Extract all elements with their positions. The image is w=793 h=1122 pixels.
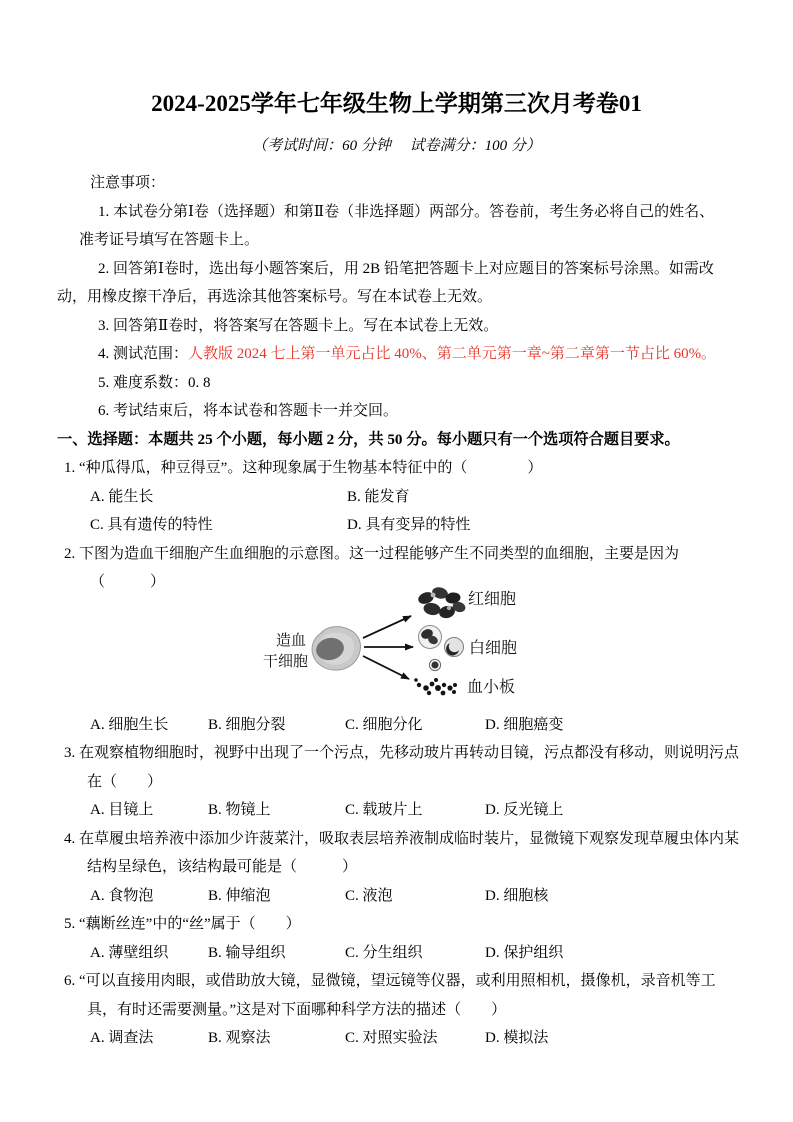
question-3-option-d: D. 反光镜上: [485, 796, 736, 825]
question-4-option-d: D. 细胞核: [485, 882, 736, 911]
question-5-option-b: B. 输导组织: [208, 939, 345, 968]
notice-item-2-line-1: 2. 回答第Ⅰ卷时，选出每小题答案后，用 2B 铅笔把答题卡上对应题目的答案标号…: [98, 255, 736, 284]
question-3: 3. 在观察植物细胞时，视野中出现了一个污点，先移动玻片再转动目镜，污点都没有移…: [57, 739, 736, 825]
question-3-options: A. 目镜上 B. 物镜上 C. 载玻片上 D. 反光镜上: [90, 796, 736, 825]
question-6-option-b: B. 观察法: [208, 1024, 345, 1053]
section-1-heading: 一、选择题：本题共 25 个小题，每小题 2 分，共 50 分。每小题只有一个选…: [57, 426, 736, 455]
notice-item-1-line-1: 1. 本试卷分第Ⅰ卷（选择题）和第Ⅱ卷（非选择题）两部分。答卷前，考生务必将自己…: [98, 198, 736, 227]
notice-item-5: 5. 难度系数：0. 8: [98, 369, 736, 398]
platelets-illustration: [414, 678, 457, 695]
question-4-stem-line-1: 4. 在草履虫培养液中添加少许菠菜汁，吸取表层培养液制成临时装片，显微镜下观察发…: [64, 825, 736, 854]
notice-section: 注意事项： 1. 本试卷分第Ⅰ卷（选择题）和第Ⅱ卷（非选择题）两部分。答卷前，考…: [57, 169, 736, 426]
exam-meta-line: （考试时间：60 分钟 试卷满分：100 分）: [57, 135, 736, 157]
notice-item-1-line-2: 准考证号填写在答题卡上。: [79, 226, 736, 255]
question-1-option-a: A. 能生长: [90, 483, 347, 512]
question-3-option-a: A. 目镜上: [90, 796, 208, 825]
question-6: 6. “可以直接用肉眼，或借助放大镜，显微镜，望远镜等仪器，或利用照相机，摄像机…: [57, 967, 736, 1053]
question-2-option-a: A. 细胞生长: [90, 711, 208, 740]
question-1-option-b: B. 能发育: [347, 483, 736, 512]
question-6-option-a: A. 调查法: [90, 1024, 208, 1053]
notice-heading: 注意事项：: [90, 169, 736, 198]
notice-item-2-line-2: 动，用橡皮擦干净后，再选涂其他答案标号。写在本试卷上无效。: [57, 283, 736, 312]
question-4-option-a: A. 食物泡: [90, 882, 208, 911]
stem-cell-label-line-1: 造血: [276, 632, 306, 649]
notice-item-4-test-scope: 人教版 2024 七上第一单元占比 40%、第二单元第一章~第二章第一节占比 6…: [188, 346, 716, 362]
question-2-stem-line-1: 2. 下图为造血干细胞产生血细胞的示意图。这一过程能够产生不同类型的血细胞，主要…: [64, 540, 736, 569]
page-title: 2024-2025学年七年级生物上学期第三次月考卷01: [57, 88, 736, 120]
platelets-label: 血小板: [467, 678, 515, 696]
question-5-stem: 5. “藕断丝连”中的“丝”属于（ ）: [64, 910, 736, 939]
question-2-option-c: C. 细胞分化: [345, 711, 485, 740]
question-4-option-c: C. 液泡: [345, 882, 485, 911]
question-6-option-c: C. 对照实验法: [345, 1024, 485, 1053]
blood-cell-diagram: 造血 干细胞: [263, 585, 533, 699]
question-1-stem: 1. “种瓜得瓜，种豆得豆”。这种现象属于生物基本特征中的（ ）: [64, 454, 736, 483]
question-5-options: A. 薄壁组织 B. 输导组织 C. 分生组织 D. 保护组织: [90, 939, 736, 968]
question-5-option-c: C. 分生组织: [345, 939, 485, 968]
question-2-option-b: B. 细胞分裂: [208, 711, 345, 740]
red-cells-label: 红细胞: [468, 590, 516, 608]
question-6-options: A. 调查法 B. 观察法 C. 对照实验法 D. 模拟法: [90, 1024, 736, 1053]
question-4-options: A. 食物泡 B. 伸缩泡 C. 液泡 D. 细胞核: [90, 882, 736, 911]
question-6-stem-line-2: 具，有时还需要测量。”这是对下面哪种科学方法的描述（ ）: [87, 996, 736, 1025]
question-2-option-d: D. 细胞癌变: [485, 711, 736, 740]
arrow-to-platelets-icon: [363, 656, 409, 679]
question-3-option-b: B. 物镜上: [208, 796, 345, 825]
notice-item-6: 6. 考试结束后，将本试卷和答题卡一并交回。: [98, 397, 736, 426]
question-1-option-c: C. 具有遗传的特性: [90, 511, 347, 540]
question-1-options: A. 能生长 B. 能发育 C. 具有遗传的特性 D. 具有变异的特性: [90, 483, 736, 540]
white-cells-label: 白细胞: [469, 639, 517, 657]
notice-item-3: 3. 回答第Ⅱ卷时，将答案写在答题卡上。写在本试卷上无效。: [98, 312, 736, 341]
question-3-stem-line-2: 在（ ）: [87, 768, 736, 797]
question-4: 4. 在草履虫培养液中添加少许菠菜汁，吸取表层培养液制成临时装片，显微镜下观察发…: [57, 825, 736, 911]
question-1-option-d: D. 具有变异的特性: [347, 511, 736, 540]
question-6-option-d: D. 模拟法: [485, 1024, 736, 1053]
arrow-to-red-cells-icon: [363, 616, 411, 638]
question-4-stem-line-2: 结构呈绿色，该结构最可能是（ ）: [87, 853, 736, 882]
question-3-stem-line-1: 3. 在观察植物细胞时，视野中出现了一个污点，先移动玻片再转动目镜，污点都没有移…: [64, 739, 736, 768]
red-blood-cells-illustration: [417, 585, 467, 619]
white-blood-cells-illustration: [419, 625, 464, 670]
question-2: 2. 下图为造血干细胞产生血细胞的示意图。这一过程能够产生不同类型的血细胞，主要…: [57, 540, 736, 740]
question-6-stem-line-1: 6. “可以直接用肉眼，或借助放大镜，显微镜，望远镜等仪器，或利用照相机，摄像机…: [64, 967, 736, 996]
question-5-option-d: D. 保护组织: [485, 939, 736, 968]
question-4-option-b: B. 伸缩泡: [208, 882, 345, 911]
differentiation-arrows: [363, 616, 413, 679]
exam-paper-page: 2024-2025学年七年级生物上学期第三次月考卷01 （考试时间：60 分钟 …: [0, 0, 793, 1122]
notice-item-4-prefix: 4. 测试范围：: [98, 346, 188, 362]
question-2-options: A. 细胞生长 B. 细胞分裂 C. 细胞分化 D. 细胞癌变: [90, 711, 736, 740]
question-3-option-c: C. 载玻片上: [345, 796, 485, 825]
stem-cell-label-line-2: 干细胞: [263, 653, 308, 670]
stem-cell-illustration: [312, 626, 361, 669]
question-1: 1. “种瓜得瓜，种豆得豆”。这种现象属于生物基本特征中的（ ） A. 能生长 …: [57, 454, 736, 540]
question-5: 5. “藕断丝连”中的“丝”属于（ ） A. 薄壁组织 B. 输导组织 C. 分…: [57, 910, 736, 967]
blood-cell-diagram-svg: 造血 干细胞: [263, 585, 533, 699]
question-5-option-a: A. 薄壁组织: [90, 939, 208, 968]
notice-item-4: 4. 测试范围：人教版 2024 七上第一单元占比 40%、第二单元第一章~第二…: [98, 340, 736, 369]
